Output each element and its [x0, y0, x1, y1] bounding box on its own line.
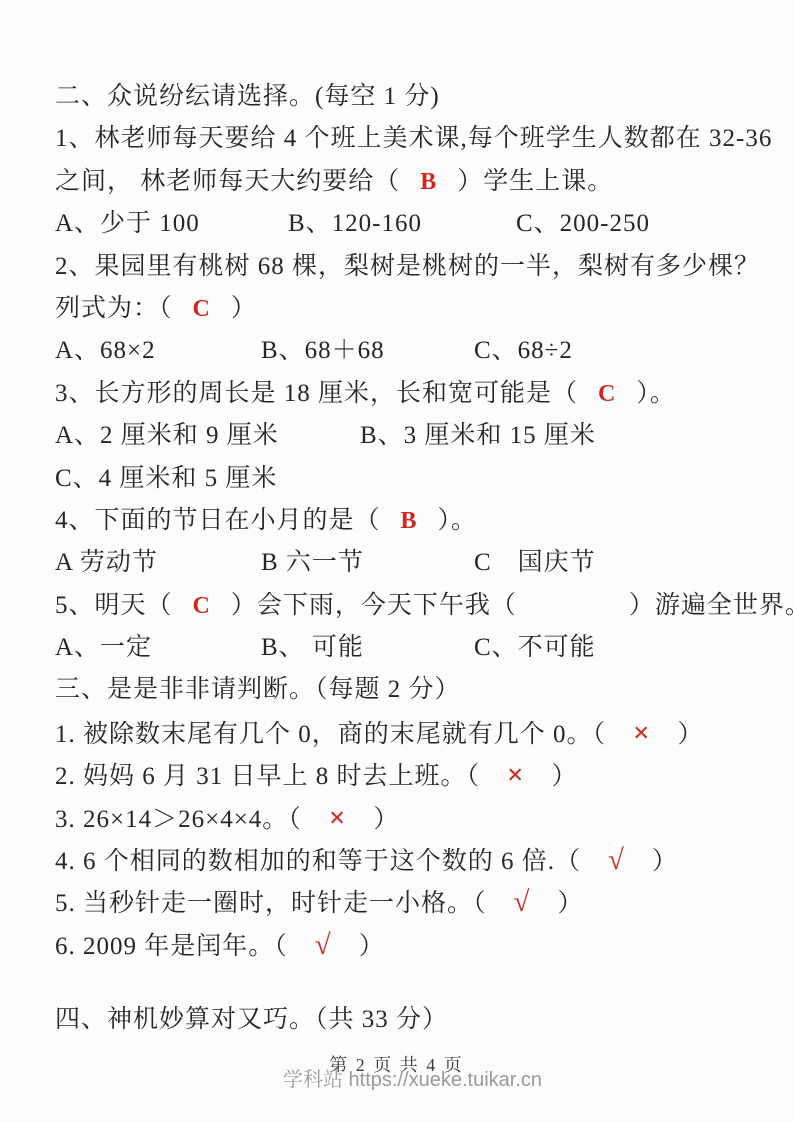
q2-answer: C — [193, 296, 211, 322]
q1-option-b: B、120-160 — [288, 203, 516, 245]
q2-text-line1: 2、果园里有桃树 68 棵，梨树是桃树的一半，梨树有多少棵？ — [55, 246, 759, 288]
q5-text: 5、明天（C）会下雨，今天下午我（）游遍全世界。 — [55, 585, 759, 627]
judge-3-text: 3. 26×14＞26×4×4。（ — [55, 806, 302, 833]
q1-option-c: C、200-250 — [516, 203, 759, 245]
judge-3-cross-mark: × — [329, 802, 347, 834]
q1-text-line1: 1、林老师每天要给 4 个班上美术课,每个班学生人数都在 32-36 — [55, 118, 759, 160]
q5-option-a: A、一定 — [55, 627, 261, 669]
q5-option-c: C、不可能 — [474, 627, 759, 669]
judge-item-5: 5. 当秒针走一圈时，时针走一小格。（√） — [55, 881, 759, 923]
section-2-title: 二、众说纷纭请选择。(每空 1 分) — [55, 76, 759, 118]
q3-options-row2: C、4 厘米和 5 厘米 — [55, 458, 759, 500]
q5-pre: 5、明天（ — [55, 592, 173, 619]
q1-post: ）学生上课。 — [457, 168, 613, 195]
q3-option-a: A、2 厘米和 9 厘米 — [55, 415, 360, 457]
q4-option-c: C 国庆节 — [474, 542, 759, 584]
q3-option-b: B、3 厘米和 15 厘米 — [360, 415, 759, 457]
q4-pre: 4、下面的节日在小月的是（ — [55, 507, 381, 534]
q3-text: 3、长方形的周长是 18 厘米，长和宽可能是（C）。 — [55, 373, 759, 415]
judge-6-check-mark: √ — [315, 929, 332, 961]
judge-1-cross-mark: × — [633, 717, 651, 749]
judge-3-close: ） — [373, 806, 399, 833]
q4-post: ）。 — [438, 507, 478, 534]
q5-answer: C — [193, 593, 211, 619]
q4-text: 4、下面的节日在小月的是（B）。 — [55, 500, 759, 542]
judge-item-6: 6. 2009 年是闰年。（√） — [55, 924, 759, 966]
q2-option-a: A、68×2 — [55, 330, 261, 372]
judge-4-check-mark: √ — [608, 844, 625, 876]
q4-options: A 劳动节 B 六一节 C 国庆节 — [55, 542, 759, 584]
judge-item-4: 4. 6 个相同的数相加的和等于这个数的 6 倍.（√） — [55, 839, 759, 881]
watermark-link: 学科站 https://xueke.tuikar.cn — [283, 1063, 542, 1092]
judge-1-close: ） — [678, 721, 704, 748]
q3-pre: 3、长方形的周长是 18 厘米，长和宽可能是（ — [55, 380, 578, 407]
q2-options: A、68×2 B、68＋68 C、68÷2 — [55, 330, 759, 372]
q5-post: ）游遍全世界。 — [629, 592, 793, 619]
judge-6-text: 6. 2009 年是闰年。（ — [55, 933, 288, 960]
judge-1-text: 1. 被除数末尾有几个 0，商的末尾就有几个 0。（ — [55, 721, 606, 748]
q3-post: ）。 — [636, 380, 676, 407]
q5-mid: ）会下雨，今天下午我（ — [231, 592, 517, 619]
q1-pre: 之间， 林老师每天大约要给（ — [55, 168, 400, 195]
q1-option-a: A、少于 100 — [55, 203, 288, 245]
q2-post: ） — [231, 295, 257, 322]
judge-4-close: ） — [652, 848, 678, 875]
q5-option-b: B、 可能 — [261, 627, 474, 669]
q3-options-row1: A、2 厘米和 9 厘米 B、3 厘米和 15 厘米 — [55, 415, 759, 457]
judge-4-text: 4. 6 个相同的数相加的和等于这个数的 6 倍.（ — [55, 848, 581, 875]
judge-2-cross-mark: × — [507, 759, 525, 791]
judge-5-close: ） — [557, 890, 583, 917]
q4-option-b: B 六一节 — [261, 542, 474, 584]
q1-answer: B — [420, 169, 437, 195]
q4-answer: B — [401, 508, 418, 534]
q3-answer: C — [598, 381, 616, 407]
q2-option-c: C、68÷2 — [474, 330, 759, 372]
q2-text-line2: 列式为：（C） — [55, 288, 759, 330]
judge-item-1: 1. 被除数末尾有几个 0，商的末尾就有几个 0。（×） — [55, 712, 759, 754]
q2-option-b: B、68＋68 — [261, 330, 474, 372]
section-4-title: 四、神机妙算对又巧。（共 33 分） — [55, 999, 759, 1041]
q2-pre: 列式为：（ — [55, 295, 173, 322]
q4-option-a: A 劳动节 — [55, 542, 261, 584]
judge-5-check-mark: √ — [514, 886, 531, 918]
q1-options: A、少于 100 B、120-160 C、200-250 — [55, 203, 759, 245]
exam-page: 二、众说纷纭请选择。(每空 1 分) 1、林老师每天要给 4 个班上美术课,每个… — [0, 0, 793, 1122]
judge-2-close: ） — [552, 763, 578, 790]
section-gap — [55, 966, 759, 999]
q5-options: A、一定 B、 可能 C、不可能 — [55, 627, 759, 669]
judge-6-close: ） — [359, 933, 385, 960]
judge-5-text: 5. 当秒针走一圈时，时针走一小格。（ — [55, 890, 487, 917]
q1-text-line2: 之间， 林老师每天大约要给（B）学生上课。 — [55, 161, 759, 203]
judge-2-text: 2. 妈妈 6 月 31 日早上 8 时去上班。（ — [55, 763, 480, 790]
section-3-title: 三、是是非非请判断。（每题 2 分） — [55, 669, 759, 711]
judge-item-3: 3. 26×14＞26×4×4。（×） — [55, 797, 759, 839]
exam-content: 二、众说纷纭请选择。(每空 1 分) 1、林老师每天要给 4 个班上美术课,每个… — [55, 76, 759, 1042]
judge-item-2: 2. 妈妈 6 月 31 日早上 8 时去上班。（×） — [55, 754, 759, 796]
